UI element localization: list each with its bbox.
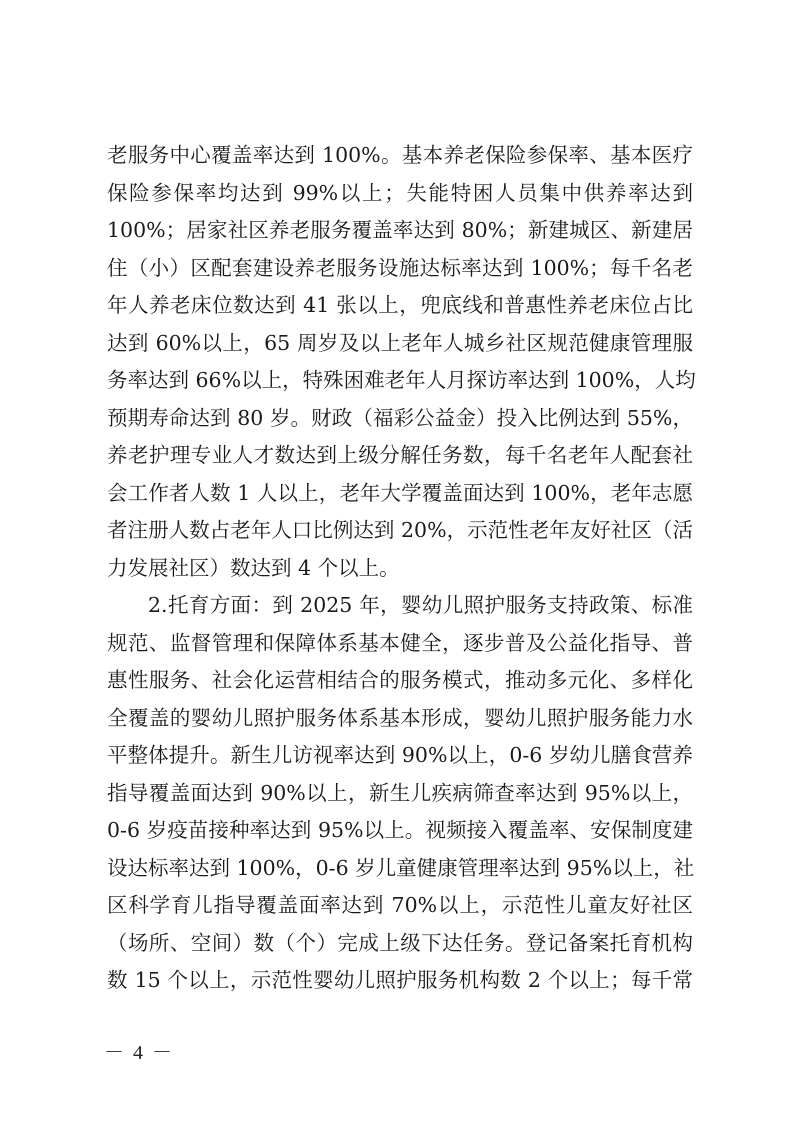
text-line: 者注册人数占老年人口比例达到 20%，示范性老年友好社区（活 [107,512,693,550]
text-line: 0-6 岁疫苗接种率达到 95%以上。视频接入覆盖率、安保制度建 [107,812,693,850]
text-line: 全覆盖的婴幼儿照护服务体系基本形成，婴幼儿照护服务能力水 [107,700,693,738]
text-line: 100%；居家社区养老服务覆盖率达到 80%；新建城区、新建居 [107,212,693,250]
text-line: 平整体提升。新生儿访视率达到 90%以上，0-6 岁幼儿膳食营养 [107,737,693,775]
text-line: 会工作者人数 1 人以上，老年大学覆盖面达到 100%，老年志愿 [107,475,693,513]
text-line: 预期寿命达到 80 岁。财政（福彩公益金）投入比例达到 55%， [107,400,693,438]
paragraph-elderly-care: 老服务中心覆盖率达到 100%。基本养老保险参保率、基本医疗 保险参保率均达到 … [107,137,693,587]
text-line: 老服务中心覆盖率达到 100%。基本养老保险参保率、基本医疗 [107,137,693,175]
text-line: 区科学育儿指导覆盖面率达到 70%以上，示范性儿童友好社区 [107,887,693,925]
text-line: 设达标率达到 100%，0-6 岁儿童健康管理率达到 95%以上，社 [107,850,693,888]
text-line: 年人养老床位数达到 41 张以上，兜底线和普惠性养老床位占比 [107,287,693,325]
text-line: 住（小）区配套建设养老服务设施达标率达到 100%；每千名老 [107,250,693,288]
document-body: 老服务中心覆盖率达到 100%。基本养老保险参保率、基本医疗 保险参保率均达到 … [107,137,693,1000]
text-line: （场所、空间）数（个）完成上级下达任务。登记备案托育机构 [107,925,693,963]
text-line: 养老护理专业人才数达到上级分解任务数，每千名老年人配套社 [107,437,693,475]
text-line: 数 15 个以上，示范性婴幼儿照护服务机构数 2 个以上；每千常 [107,962,693,1000]
text-line: 务率达到 66%以上，特殊困难老年人月探访率达到 100%，人均 [107,362,693,400]
text-line: 规范、监督管理和保障体系基本健全，逐步普及公益化指导、普 [107,625,693,663]
text-line: 保险参保率均达到 99%以上；失能特困人员集中供养率达到 [107,175,693,213]
text-line: 惠性服务、社会化运营相结合的服务模式，推动多元化、多样化 [107,662,693,700]
page-number: － 4 － [104,1036,174,1065]
text-line: 指导覆盖面达到 90%以上，新生儿疾病筛查率达到 95%以上， [107,775,693,813]
paragraph-childcare: 2.托育方面：到 2025 年，婴幼儿照护服务支持政策、标准 规范、监督管理和保… [107,587,693,1000]
section-heading-line: 2.托育方面：到 2025 年，婴幼儿照护服务支持政策、标准 [107,587,693,625]
text-line: 力发展社区）数达到 4 个以上。 [107,550,693,588]
text-line: 达到 60%以上，65 周岁及以上老年人城乡社区规范健康管理服 [107,325,693,363]
